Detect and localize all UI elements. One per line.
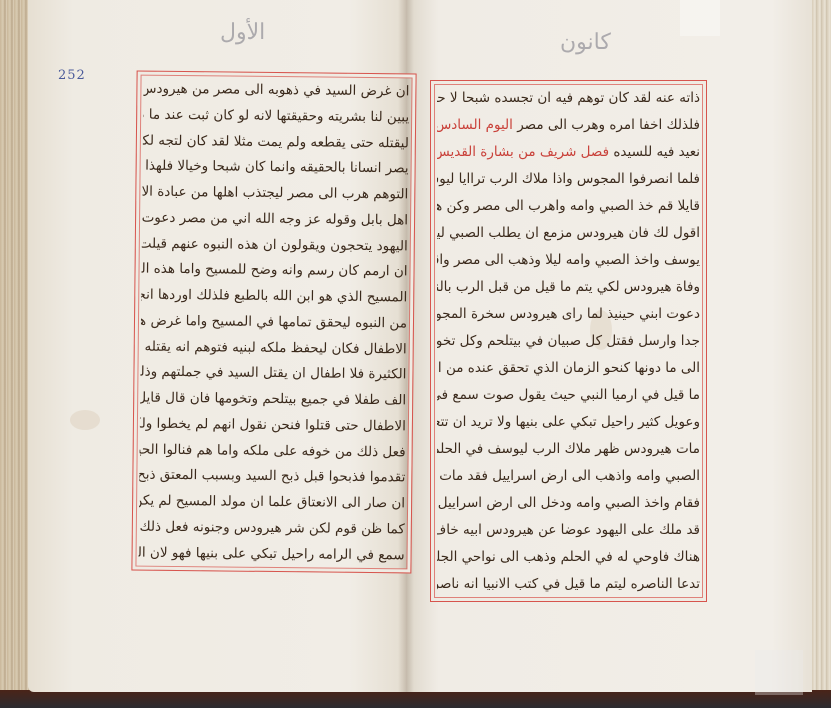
book-cover bbox=[0, 690, 831, 708]
manuscript-photo: 252 الأول كانون ان غرض السيد في ذهوبه ال… bbox=[0, 0, 831, 708]
manuscript-line: ليقتله حتى يقطعه ولم يمت مثلا لقد كان لت… bbox=[143, 129, 409, 154]
manuscript-line: دعوت ابني حينيذ لما راى هيرودس سخرة المج… bbox=[437, 303, 700, 325]
line-text: كما ظن قوم لكن شر هيرودس وجنونه فعل ذلك … bbox=[139, 518, 405, 538]
line-text: اليهود يتحجون ويقولون ان هذه النبوه عنهم… bbox=[142, 234, 408, 254]
manuscript-line: فلذلك اخفا امره وهرب الى مصر اليوم الساد… bbox=[437, 114, 700, 136]
manuscript-line: فعل ذلك من خوفه على ملكه واما هم فنالوا … bbox=[140, 438, 406, 463]
line-text: يصر انسانا بالحقيقه وانما كان شبحا وخيال… bbox=[143, 157, 409, 177]
line-text: ليقتله حتى يقطعه ولم يمت مثلا لقد كان لت… bbox=[143, 132, 409, 151]
manuscript-line: قايلا قم خذ الصبي وامه واهرب الى مصر وكن… bbox=[437, 195, 700, 217]
tape-patch bbox=[755, 650, 803, 695]
manuscript-line: يوسف واخذ الصبي وامه ليلا وذهب الى مصر و… bbox=[437, 249, 700, 271]
line-text: هناك فاوحي له في الحلم وذهب الى نواحي ال… bbox=[437, 549, 700, 565]
line-text: وفاة هيرودس لكي يتم ما قيل من قبل الرب ب… bbox=[437, 279, 700, 295]
manuscript-line: نعيد فيه للسيده فصل شريف من بشارة القديس… bbox=[437, 141, 700, 163]
manuscript-line: ما قيل في ارميا النبي حيث يقول صوت سمع ف… bbox=[437, 384, 700, 406]
line-text: سمع في الرامه راحيل تبكي على بنيها فهو ل… bbox=[138, 543, 404, 563]
manuscript-line: وفاة هيرودس لكي يتم ما قيل من قبل الرب ب… bbox=[437, 276, 700, 298]
line-text: فقام واخذ الصبي وامه ودخل الى ارض اسرايي… bbox=[437, 495, 700, 511]
pencil-annotation-left: الأول bbox=[220, 20, 265, 45]
manuscript-line: قد ملك على اليهود عوضا عن هيرودس ابيه خا… bbox=[437, 519, 700, 541]
line-text: يوسف واخذ الصبي وامه ليلا وذهب الى مصر و… bbox=[437, 252, 700, 268]
manuscript-line: المسيح الذي هو ابن الله بالطبع فلذلك اور… bbox=[141, 284, 407, 309]
manuscript-line: الكثيرة فلا اطفال ان يقتل السيد في جملته… bbox=[140, 361, 406, 386]
line-text: الى ما دونها كنحو الزمان الذي تحقق عنده … bbox=[437, 360, 700, 376]
manuscript-line: ان صار الى الانعتاق علما ان مولد المسيح … bbox=[139, 490, 405, 515]
line-text: مات هيرودس ظهر ملاك الرب ليوسف في الحلم … bbox=[437, 441, 700, 457]
line-text: ذاته عنه لقد كان توهم فيه ان تجسده شبحا … bbox=[437, 90, 700, 106]
line-text: يبين لنا بشريته وحقيقتها لانه لو كان ثبت… bbox=[143, 106, 409, 126]
manuscript-line: اهل بابل وقوله عز وجه الله اني من مصر دع… bbox=[142, 206, 408, 231]
manuscript-line: جدا وارسل فقتل كل صبيان في بيتلحم وكل تخ… bbox=[437, 330, 700, 352]
manuscript-line: الاطفال فكان ليحفظ ملكه لبنيه فتوهم انه … bbox=[141, 335, 407, 360]
manuscript-line: اقول لك فان هيرودس مزمع ان يطلب الصبي لي… bbox=[437, 222, 700, 244]
line-text: ان ارمم كان رسم وانه وضح للمسيح واما هذه… bbox=[141, 260, 407, 280]
line-text: فلذلك اخفا امره وهرب الى مصر bbox=[517, 117, 700, 133]
manuscript-line: اليهود يتحجون ويقولون ان هذه النبوه عنهم… bbox=[142, 232, 408, 257]
line-text: الاطفال حتى قتلوا فنحن نقول انهم لم يخطو… bbox=[140, 415, 406, 435]
text-lines-left: ان غرض السيد في ذهوبه الى مصر من هيرودس … bbox=[138, 78, 409, 567]
line-text: اقول لك فان هيرودس مزمع ان يطلب الصبي لي… bbox=[437, 225, 700, 241]
line-text: الف طفلا في جميع بيتلحم وتخومها فان قال … bbox=[140, 389, 406, 408]
manuscript-line: التوهم هرب الى مصر ليجتذب اهلها من عبادة… bbox=[142, 181, 408, 206]
text-block-left: ان غرض السيد في ذهوبه الى مصر من هيرودس … bbox=[131, 71, 416, 574]
rubric-text: فصل شريف من بشارة القديس متى الانجيلي bbox=[437, 144, 613, 160]
manuscript-line: وعويل كثير راحيل تبكي على بنيها ولا تريد… bbox=[437, 411, 700, 433]
line-text: الصبي وامه واذهب الى ارض اسراييل فقد مات… bbox=[437, 468, 700, 484]
manuscript-line: هناك فاوحي له في الحلم وذهب الى نواحي ال… bbox=[437, 546, 700, 568]
page-edges-right bbox=[812, 0, 831, 690]
line-text: الكثيرة فلا اطفال ان يقتل السيد في جملته… bbox=[140, 363, 406, 383]
line-text: اهل بابل وقوله عز وجه الله اني من مصر دع… bbox=[142, 209, 408, 228]
manuscript-line: يبين لنا بشريته وحقيقتها لانه لو كان ثبت… bbox=[143, 103, 409, 128]
folio-number: 252 bbox=[58, 68, 86, 83]
line-text: فلما انصرفوا المجوس واذا ملاك الرب ترااي… bbox=[437, 171, 700, 187]
pencil-annotation-right: كانون bbox=[560, 30, 611, 55]
line-text: من النبوه ليحقق تمامها في المسيح واما غر… bbox=[141, 312, 407, 332]
text-block-right: ذاته عنه لقد كان توهم فيه ان تجسده شبحا … bbox=[430, 80, 707, 602]
tape-patch bbox=[680, 0, 720, 36]
line-text: فعل ذلك من خوفه على ملكه واما هم فنالوا … bbox=[140, 440, 406, 460]
manuscript-line: ذاته عنه لقد كان توهم فيه ان تجسده شبحا … bbox=[437, 87, 700, 109]
manuscript-line: من النبوه ليحقق تمامها في المسيح واما غر… bbox=[141, 309, 407, 334]
line-text: قايلا قم خذ الصبي وامه واهرب الى مصر وكن… bbox=[437, 198, 700, 214]
line-text: جدا وارسل فقتل كل صبيان في بيتلحم وكل تخ… bbox=[437, 333, 700, 349]
manuscript-line: كما ظن قوم لكن شر هيرودس وجنونه فعل ذلك … bbox=[139, 516, 405, 541]
line-text: قد ملك على اليهود عوضا عن هيرودس ابيه خا… bbox=[437, 522, 700, 538]
line-text: دعوت ابني حينيذ لما راى هيرودس سخرة المج… bbox=[437, 306, 700, 322]
manuscript-line: ان ارمم كان رسم وانه وضح للمسيح واما هذه… bbox=[141, 258, 407, 283]
line-text: تدعا الناصره ليتم ما قيل في كتب الانبيا … bbox=[437, 576, 700, 592]
manuscript-line: تدعا الناصره ليتم ما قيل في كتب الانبيا … bbox=[437, 573, 700, 595]
line-text: التوهم هرب الى مصر ليجتذب اهلها من عبادة… bbox=[142, 183, 408, 203]
line-text: نعيد فيه للسيده bbox=[613, 144, 700, 160]
line-text: ان صار الى الانعتاق علما ان مولد المسيح … bbox=[139, 492, 405, 512]
manuscript-line: الى ما دونها كنحو الزمان الذي تحقق عنده … bbox=[437, 357, 700, 379]
rubric-text: اليوم السادس والعشرون bbox=[437, 117, 517, 133]
line-text: المسيح الذي هو ابن الله بالطبع فلذلك اور… bbox=[141, 286, 407, 306]
line-text: الاطفال فكان ليحفظ ملكه لبنيه فتوهم انه … bbox=[141, 338, 407, 357]
paper-stain bbox=[70, 410, 100, 430]
manuscript-line: الف طفلا في جميع بيتلحم وتخومها فان قال … bbox=[140, 387, 406, 412]
manuscript-line: تقدموا فذبحوا قبل ذبح السيد وبسبب المعتق… bbox=[139, 464, 405, 489]
manuscript-line: فلما انصرفوا المجوس واذا ملاك الرب ترااي… bbox=[437, 168, 700, 190]
manuscript-line: فقام واخذ الصبي وامه ودخل الى ارض اسرايي… bbox=[437, 492, 700, 514]
manuscript-line: ان غرض السيد في ذهوبه الى مصر من هيرودس … bbox=[143, 78, 409, 103]
manuscript-line: مات هيرودس ظهر ملاك الرب ليوسف في الحلم … bbox=[437, 438, 700, 460]
line-text: ان غرض السيد في ذهوبه الى مصر من هيرودس … bbox=[143, 80, 409, 100]
line-text: تقدموا فذبحوا قبل ذبح السيد وبسبب المعتق… bbox=[139, 466, 405, 486]
manuscript-line: الاطفال حتى قتلوا فنحن نقول انهم لم يخطو… bbox=[140, 413, 406, 438]
manuscript-line: يصر انسانا بالحقيقه وانما كان شبحا وخيال… bbox=[143, 155, 409, 180]
text-lines-right: ذاته عنه لقد كان توهم فيه ان تجسده شبحا … bbox=[437, 87, 700, 595]
manuscript-line: الصبي وامه واذهب الى ارض اسراييل فقد مات… bbox=[437, 465, 700, 487]
line-text: ما قيل في ارميا النبي حيث يقول صوت سمع ف… bbox=[437, 387, 700, 403]
line-text: وعويل كثير راحيل تبكي على بنيها ولا تريد… bbox=[437, 414, 700, 430]
manuscript-line: سمع في الرامه راحيل تبكي على بنيها فهو ل… bbox=[138, 541, 404, 566]
